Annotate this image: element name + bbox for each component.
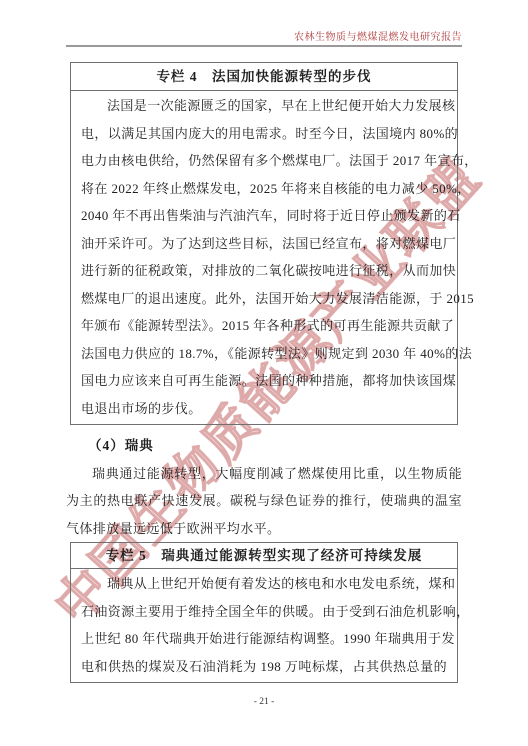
text-line: 法国电力供应的 18.7%，《能源转型法》则规定到 2030 年 40%的法: [81, 340, 447, 368]
page-number: - 21 -: [0, 697, 528, 707]
text-line: 上世纪 80 年代瑞典开始进行能源结构调整。1990 年瑞典用于发: [81, 625, 447, 653]
text-line: 瑞典通过能源转型，大幅度削减了燃煤使用比重，以生物质能: [66, 460, 462, 488]
text-line: 为主的热电联产快速发展。碳税与绿色证券的推行，使瑞典的温室: [66, 487, 462, 515]
text-line: 国电力应该来自可再生能源。法国的种种措施，都将加快该国煤: [81, 367, 447, 395]
text-line: 石油资源主要用于维持全国全年的供暖。由于受到石油危机影响，: [81, 598, 447, 626]
text-line: 瑞典从上世纪开始便有着发达的核电和水电发电系统，煤和: [81, 570, 447, 598]
callout-box-4-title: 专栏 4 法国加快能源转型的步伐: [71, 63, 457, 91]
text-line: 燃煤电厂的退出速度。此外，法国开始大力发展清洁能源，于 2015: [81, 285, 447, 313]
text-line: 将在 2022 年终止燃煤发电，2025 年将来自核能的电力减少 50%，: [81, 175, 447, 203]
text-line: 电力由核电供给，仍然保留有多个燃煤电厂。法国于 2017 年宣布，: [81, 147, 447, 175]
text-line: 法国是一次能源匮乏的国家，早在上世纪便开始大力发展核: [81, 92, 447, 120]
section-heading: （4）瑞典: [66, 432, 462, 460]
text-line: 气体排放量远远低于欧洲平均水平。: [66, 515, 462, 543]
page-content: 专栏 4 法国加快能源转型的步伐 法国是一次能源匮乏的国家，早在上世纪便开始大力…: [66, 62, 462, 683]
header-rule: [66, 45, 462, 47]
document-page: 中国生物质能源产业联盟 农林生物质与燃煤混燃发电研究报告 专栏 4 法国加快能源…: [0, 0, 528, 746]
section-sweden: （4）瑞典 瑞典通过能源转型，大幅度削减了燃煤使用比重，以生物质能 为主的热电联…: [66, 432, 462, 542]
text-line: 年颁布《能源转型法》。2015 年各种形式的可再生能源共贡献了: [81, 312, 447, 340]
page-header-title: 农林生物质与燃煤混燃发电研究报告: [294, 28, 462, 43]
callout-box-4: 专栏 4 法国加快能源转型的步伐 法国是一次能源匮乏的国家，早在上世纪便开始大力…: [70, 62, 458, 425]
callout-box-4-body: 法国是一次能源匮乏的国家，早在上世纪便开始大力发展核 电，以满足其国内庞大的用电…: [71, 91, 457, 424]
callout-box-5-body: 瑞典从上世纪开始便有着发达的核电和水电发电系统，煤和 石油资源主要用于维持全国全…: [71, 569, 457, 682]
callout-box-5-title: 专栏 5 瑞典通过能源转型实现了经济可持续发展: [71, 543, 457, 569]
text-line: 2040 年不再出售柴油与汽油汽车，同时将于近日停止颁发新的石: [81, 202, 447, 230]
callout-box-5: 专栏 5 瑞典通过能源转型实现了经济可持续发展 瑞典从上世纪开始便有着发达的核电…: [70, 542, 458, 683]
text-line: 电，以满足其国内庞大的用电需求。时至今日，法国境内 80%的: [81, 120, 447, 148]
text-line: 油开采许可。为了达到这些目标，法国已经宣布，将对燃煤电厂: [81, 230, 447, 258]
text-line: 电和供热的煤炭及石油消耗为 198 万吨标煤，占其供热总量的: [81, 653, 447, 681]
text-line: 电退出市场的步伐。: [81, 395, 447, 423]
text-line: 进行新的征税政策，对排放的二氧化碳按吨进行征税，从而加快: [81, 257, 447, 285]
